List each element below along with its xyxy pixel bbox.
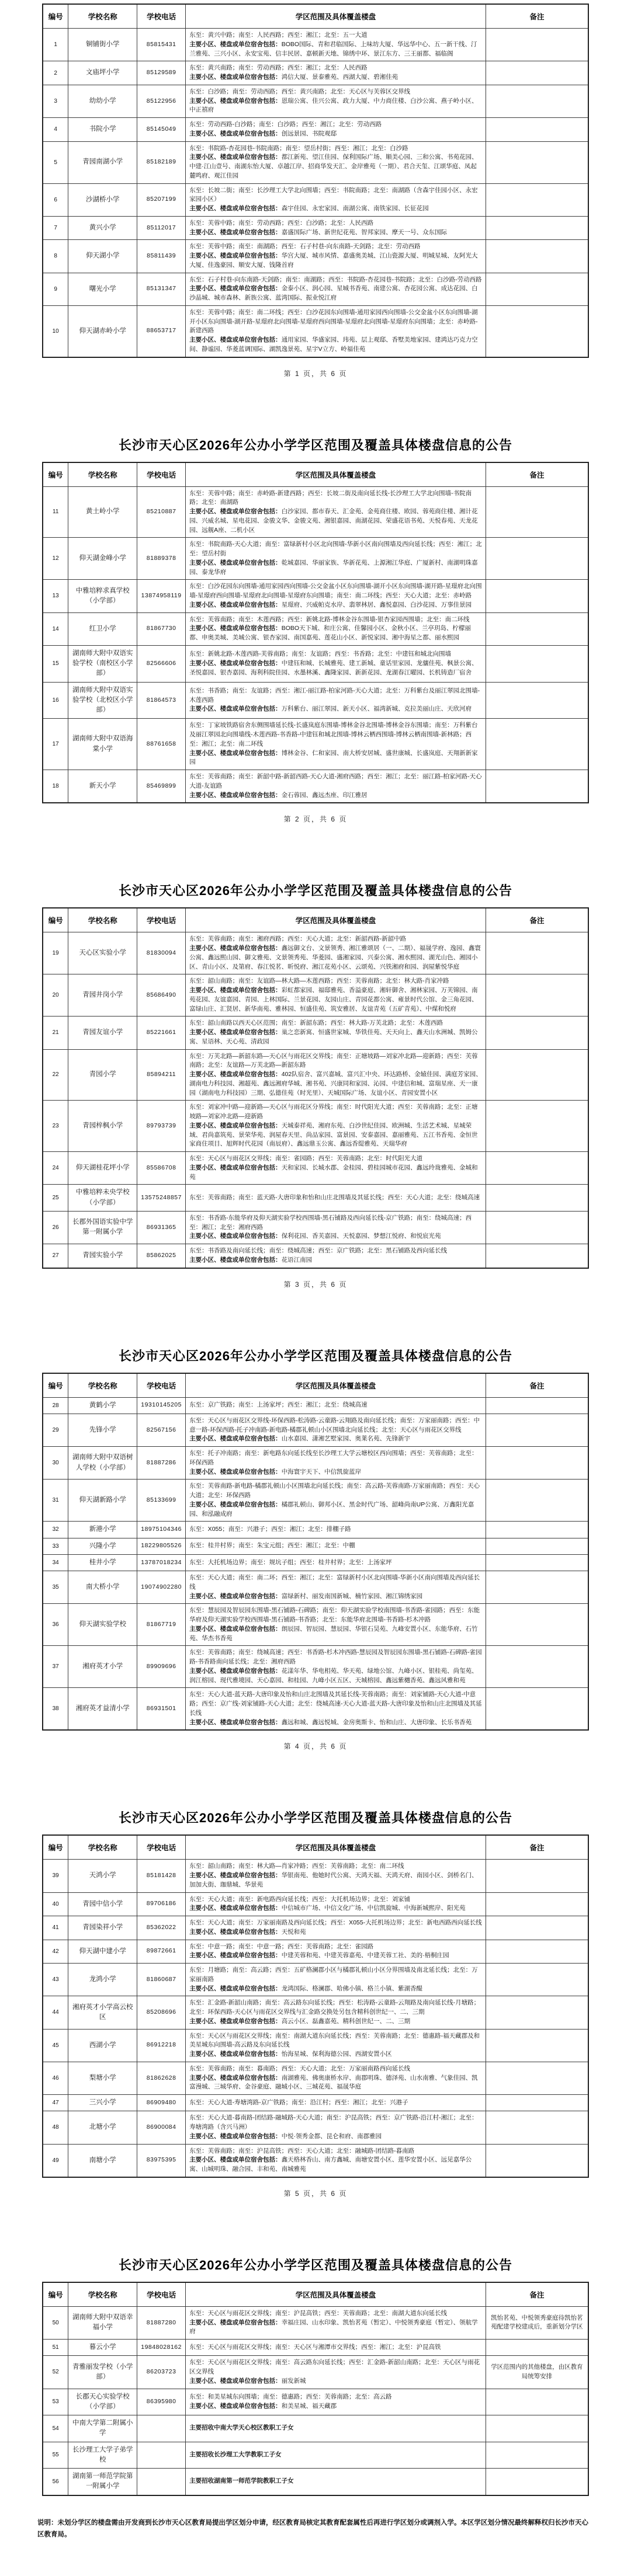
district-range-cell: 主要招收长沙理工大学教职工子女 — [186, 2442, 486, 2469]
school-phone-cell: 86931365 — [137, 1211, 186, 1244]
boundary-text: 东至：万芙北路—新韶东路—天心区与雨花区交界线；南至：正塘坡路—刘家冲北路—迎新… — [189, 1052, 482, 1071]
page-title: 长沙市天心区2026年公办小学学区范围及覆盖具体楼盘信息的公告 — [0, 1808, 631, 1826]
district-range-cell: 东至：天心区与雨花区交界线；南至：高云路东向延长线；西至：汇金路-新韶山南路；北… — [186, 2356, 486, 2389]
row-number-cell: 21 — [43, 1017, 68, 1049]
estates-list: 鑫远和城、鑫远悦城、金房奥斯卡、怡和山庄、大唐印象、长乐书香苑 — [282, 1719, 472, 1726]
district-range-cell: 东至：白沙路；南至：劳动西路；西至：黄兴南路；北至：天心区与芙蓉区交界线主要小区… — [186, 85, 486, 117]
remark-cell — [486, 1185, 588, 1212]
estates-text: 主要小区、楼盘或单位宿舍包括：中建钰和城、长城雅苑、建工新城、童话里家园、龙骧佳… — [189, 659, 482, 678]
estates-text: 主要小区、楼盘或单位宿舍包括：402队宿舍、富兴嘉城、富兴汇中央、环达路桥、金辕… — [189, 1070, 482, 1098]
row-number-cell: 10 — [43, 305, 68, 357]
school-phone-cell: 88761658 — [137, 719, 186, 770]
row-number-cell: 41 — [43, 1916, 68, 1940]
estates-list: 森宇佳园、永宏家园、南湖公寓、南铁家园、长征花园 — [282, 205, 429, 212]
row-number-cell: 27 — [43, 1244, 68, 1268]
estates-text: 主要小区、楼盘或单位宿舍包括：高云小区、磊鑫嘉苑、精科创世纪一、二、三期 — [189, 2017, 482, 2027]
table-row: 5青园南湖小学85182189东至：书院路-杏花园巷-书院南路；南至：望岳村街；… — [43, 141, 588, 183]
table-row: 50湖南师大附中双语幸福小学81887280东至：天心区与雨花区交界线；南至：沪… — [43, 2306, 588, 2339]
school-name-cell: 仰天湖小学 — [68, 240, 137, 273]
column-header: 编号 — [43, 1835, 68, 1860]
estates-list: 中信城市广场、中信文化广场、中信凯旋城、中海新城熙岸、阳光苑 — [282, 1905, 466, 1912]
school-phone-cell: 85815431 — [137, 29, 186, 61]
district-range-cell: 东至：月塘路；南至：高云路；西至：五矿格澜郡小区与橘郡礼顿山小区分界围墙及南北延… — [186, 1964, 486, 1996]
table-row: 29先锋小学82567156东至：天心区与雨花区交界线-环保西路-松涛路-云童路… — [43, 1414, 588, 1446]
row-number-cell: 50 — [43, 2306, 68, 2339]
school-phone-cell: 85122956 — [137, 85, 186, 117]
estates-label: 主要小区、楼盘或单位宿舍包括： — [189, 1468, 282, 1475]
row-number-cell: 35 — [43, 1571, 68, 1604]
column-header: 编号 — [43, 908, 68, 932]
column-header: 备注 — [486, 1373, 588, 1398]
estates-list: 中建芙蓉和苑、中建芙蓉嘉苑、中建芙蓉工社、美的·梧桐庄园 — [282, 1952, 449, 1959]
district-range-cell: 东至：天心大道-寿塘湾路-京广铁路；南至：沿江村；西至：湘江；北至：兴港子 — [186, 2095, 486, 2111]
estates-list: 花语江南园 — [282, 1256, 313, 1263]
district-range-cell: 东至：新姚北路-木莲西路-芙蓉南路；南至：友谊路；西至：书香路；北至：中建钰和城… — [186, 645, 486, 682]
school-name-cell: 青园实验小学 — [68, 1244, 137, 1268]
school-name-cell: 幼幼小学 — [68, 85, 137, 117]
row-number-cell: 53 — [43, 2389, 68, 2415]
boundary-text: 东至：芙蓉中路；南至：劳动西路；西至：白沙路；北至：人民西路 — [189, 219, 482, 228]
school-name-cell: 青园友谊小学 — [68, 1017, 137, 1049]
table-row: 7黄兴小学85112017东至：芙蓉中路；南至：劳动西路；西至：白沙路；北至：人… — [43, 216, 588, 240]
boundary-text: 东至：天心区与雨花区交界线；南至：沪昆高铁；西至：芙蓉南路；北至：南湖大道东向延… — [189, 2309, 482, 2319]
remark-cell — [486, 1538, 588, 1554]
district-range-cell: 东至：芙蓉南路；南至：绕城高速；西至：书香路-杉木冲西路-慧辰园及智辰园东围墙-… — [186, 1646, 486, 1688]
boundary-text: 东至：黄兴南路；南至：劳动西路；西至：湘江；北至：人民西路 — [189, 64, 482, 73]
school-phone-cell: 82567156 — [137, 1414, 186, 1446]
column-header: 学校电话 — [137, 1373, 186, 1398]
school-district-table: 编号学校名称学校电话学区范围及具体覆盖楼盘备注 19天心区实验小学8183009… — [42, 907, 589, 1268]
estates-text: 主要小区、楼盘或单位宿舍包括：嘉盛国际广场、新世纪花苑、智邦家园、摩天一号、众东… — [189, 228, 482, 238]
school-phone-cell: 13874958119 — [137, 580, 186, 612]
estates-label: 主要小区、楼盘或单位宿舍包括： — [189, 2156, 282, 2163]
estates-text: 主要小区、楼盘或单位宿舍包括：博林金谷、仁和家园、南大桥安居城、盛世康城、长盛岚… — [189, 749, 482, 768]
remark-cell — [486, 932, 588, 974]
table-row: 1铜铺街小学85815431东至：黄兴中路；南至：人民西路；西至：湘江；北至：五… — [43, 29, 588, 61]
school-name-cell: 北塘小学 — [68, 2111, 137, 2144]
school-phone-cell — [137, 2469, 186, 2495]
column-header: 学区范围及具体覆盖楼盘 — [186, 2282, 486, 2307]
table-row: 48北塘小学86900084东至：天心大道-暮南路-团结路-融城路-天心大道；南… — [43, 2111, 588, 2144]
table-row: 24仰天湖桂花坪小学85586708东至：天心区与雨花区交界线；南至：雀园路；西… — [43, 1152, 588, 1185]
district-range-cell: 东至：韶山南路；南至：友谊路—林大路—木莲西路；西至：芙蓉南路；北至：林大路-肖… — [186, 974, 486, 1017]
estates-list: 嘉盛国际广场、新世纪花苑、智邦家园、摩天一号、众东国际 — [282, 229, 448, 236]
estates-text: 主要小区、楼盘或单位宿舍包括：彩虹都家园、福邸雅苑、香溢豪庭、湘轩御舍、湘林家园… — [189, 986, 482, 1014]
estates-text: 主要小区、楼盘或单位宿舍包括：朗辰园、智辰园、慧辰园、华银石昊苑、九峰安置小区、… — [189, 1625, 482, 1644]
row-number-cell: 42 — [43, 1940, 68, 1964]
table-header-row: 编号学校名称学校电话学区范围及具体覆盖楼盘备注 — [43, 4, 588, 29]
table-row: 21青园友谊小学85221661东至：韶山南路以西天心区范围；南至：新韶东路；西… — [43, 1017, 588, 1049]
school-phone-cell: 81887280 — [137, 2306, 186, 2339]
school-name-cell: 湖南师大附中双语幸福小学 — [68, 2306, 137, 2339]
boundary-text: 东至：芙蓉南路；南至：新韶中路-新韶西路-天心大道-湘府西路；西至：湘江；北至：… — [189, 772, 482, 791]
school-name-cell: 新港小学 — [68, 1522, 137, 1538]
estates-text: 主要小区、楼盘或单位宿舍包括：金石蓉园、鑫远杰座、印江雅居 — [189, 791, 482, 800]
table-header-row: 编号学校名称学校电话学区范围及具体覆盖楼盘备注 — [43, 1835, 588, 1860]
estates-text: 主要小区、楼盘或单位宿舍包括：富绿新村、丽发南国新城、楠竹家园、湘江锦绣家园 — [189, 1592, 482, 1602]
table-row: 41青园染祥小学85362022东至：天心大道；南至：万家丽南路及西向延长线；西… — [43, 1916, 588, 1940]
school-name-cell: 曙光小学 — [68, 273, 137, 305]
district-range-cell: 东至：中意一路；南至：中意一路；西至：芙蓉南路；北至：雀园路主要小区、楼盘或单位… — [186, 1940, 486, 1964]
estates-label: 主要小区、楼盘或单位宿舍包括： — [189, 1029, 282, 1036]
column-header: 备注 — [486, 4, 588, 29]
boundary-text: 东至：天心区与雨花区交界线；南至：高云路东向延长线；西至：汇金路-新韶山南路；北… — [189, 2358, 482, 2377]
boundary-text: 东至：桂井村界；南至：朱宝元组；西至：湘江；北至：中棚 — [189, 1541, 482, 1551]
row-number-cell: 23 — [43, 1101, 68, 1152]
district-range-cell: 东至：劳动西路-白沙路；南至：白沙路；西至：湘江；北至：劳动西路主要小区、楼盘或… — [186, 118, 486, 142]
school-name-cell: 南塘小学 — [68, 2144, 137, 2177]
estates-label: 主要小区、楼盘或单位宿舍包括： — [189, 252, 282, 259]
row-number-cell: 34 — [43, 1554, 68, 1571]
school-name-cell: 长郡外国语实验中学第一附属小学 — [68, 1211, 137, 1244]
school-phone-cell: 19074902280 — [137, 1571, 186, 1604]
table-row: 20青园井岗小学85686490东至：韶山南路；南至：友谊路—林大路—木莲西路；… — [43, 974, 588, 1017]
estates-label: 主要小区、楼盘或单位宿舍包括： — [189, 1872, 282, 1879]
district-range-cell: 东至：芙蓉南路；南至：湘府西路；西至：天心大道；北至：新韶西路-新韶中路主要小区… — [186, 932, 486, 974]
estates-list: 天悦和苑 — [282, 1928, 306, 1936]
boundary-text: 东至：白沙路；南至：劳动西路；西至：黄兴南路；北至：天心区与芙蓉区交界线 — [189, 88, 482, 97]
table-row: 16湖南师大附中双语实验学校（北校区小学部）81864573东至：书香路；南至：… — [43, 682, 588, 719]
estates-text: 主要小区、楼盘或单位宿舍包括：怡海星城、保利海德公园、西湖安置小区 — [189, 2050, 482, 2059]
row-number-cell: 39 — [43, 1860, 68, 1892]
district-range-cell: 东至：芙蓉南路；南至：木莲西路；西至：新姚北路-博林金谷东围墙-银杏家园西围墙；… — [186, 612, 486, 645]
page-footer: 第 4 页，共 6 页 — [0, 1741, 631, 1751]
table-row: 46梨塘小学81862628东至：芙蓉南路；南至：暮南路；西至：天心大道；北至：… — [43, 2062, 588, 2094]
column-header: 编号 — [43, 1373, 68, 1398]
estates-label: 主要小区、楼盘或单位宿舍包括： — [189, 1668, 282, 1675]
district-range-cell: 东至：丁家坡铁路宿舍东侧围墙延长线-长盛岚庭东围墙-博林金谷北围墙-博林金谷东围… — [186, 719, 486, 770]
row-number-cell: 46 — [43, 2062, 68, 2094]
estates-text: 主要小区、楼盘或单位宿舍包括：天和家园、长城水郡、金桂园、碧桂园城市花园、鑫远玲… — [189, 1164, 482, 1182]
district-range-cell: 东至：芙蓉中路；南至：南湖路；西至：石子村巷-向东南路-天剑路；北至：劳动西路主… — [186, 240, 486, 273]
remark-cell — [486, 1892, 588, 1916]
table-row: 54中南大学第二附属小学主要招收中南大学天心校区教职工子女 — [43, 2415, 588, 2442]
row-number-cell: 28 — [43, 1397, 68, 1414]
boundary-text: 东至：天心大道；南至：万家丽南路及西向延长线；西至：X055-大托机场边界；北至… — [189, 1919, 482, 1928]
estates-label: 主要小区、楼盘或单位宿舍包括： — [189, 205, 282, 212]
row-number-cell: 47 — [43, 2095, 68, 2111]
district-range-cell: 东至：芙蓉南路；南至：沪昆高铁；西至：天心大道；北至：融城路-团结路-暮南路主要… — [186, 2144, 486, 2177]
school-name-cell: 长沙理工大学子弟学校 — [68, 2442, 137, 2469]
table-row: 12仰天湖金峰小学81889378东至：书院南路-天心大道；南至：富绿新村小区北… — [43, 538, 588, 580]
row-number-cell: 52 — [43, 2356, 68, 2389]
table-row: 33兴隆小学18229805526东至：桂井村界；南至：朱宝元组；西至：湘江；北… — [43, 1538, 588, 1554]
school-phone-cell: 18975104346 — [137, 1522, 186, 1538]
boundary-text: 东至：汇金路-新韶山南路；南至：高云路东向延长线；西至：松涛路-云童路-云翔路及… — [189, 1999, 482, 2017]
school-phone-cell: 85362022 — [137, 1916, 186, 1940]
boundary-text: 东至：韶山南路；南至：林大路—肖家冲路；西至：芙蓉南路；北至：南二环线 — [189, 1862, 482, 1871]
estates-label: 主要小区、楼盘或单位宿舍包括： — [189, 945, 282, 952]
school-phone-cell: 89706186 — [137, 1892, 186, 1916]
school-phone-cell: 89793739 — [137, 1101, 186, 1152]
school-phone-cell: 81862628 — [137, 2062, 186, 2094]
estates-text: 主要小区、楼盘或单位宿舍包括：橘郡礼顿山、御邦小区、黑金时代广场、韶峰尚南UP公… — [189, 1501, 482, 1519]
table-row: 27青园实验小学85862025东至：书香路及南向延长线；南至：绕城高速；西至：… — [43, 1244, 588, 1268]
district-range-cell: 东至：天心区与雨花区交界线；南至：天心区与湘潭市交界线；西至：湘江；北至：沪昆高… — [186, 2340, 486, 2356]
estates-text: 主要小区、楼盘或单位宿舍包括：BOBO国际、青和君临国际、上味坊大厦、华远华中心… — [189, 40, 482, 59]
remark-cell — [486, 2029, 588, 2062]
row-number-cell: 2 — [43, 61, 68, 85]
district-range-cell: 东至：芙蓉南路；南至：新韶中路-新韶西路-天心大道-湘府西路；西至：湘江；北至：… — [186, 770, 486, 803]
school-name-cell: 仰天湖新路小学 — [68, 1480, 137, 1522]
school-phone-cell: 81867719 — [137, 1604, 186, 1646]
school-phone-cell: 86931501 — [137, 1688, 186, 1731]
estates-label: 主要小区、楼盘或单位宿舍包括： — [189, 2133, 282, 2140]
column-header: 备注 — [486, 462, 588, 487]
school-name-cell: 梨塘小学 — [68, 2062, 137, 2094]
table-header-row: 编号学校名称学校电话学区范围及具体覆盖楼盘备注 — [43, 1373, 588, 1398]
row-number-cell: 7 — [43, 216, 68, 240]
boundary-text: 东至：新姚北路-木莲西路-芙蓉南路；南至：友谊路；西至：书香路；北至：中建钰和城… — [189, 650, 482, 659]
boundary-text: 东至：韶山南路以西天心区范围；南至：新韶东路；西至：林大路-万芙北路；北至：木莲… — [189, 1019, 482, 1028]
district-range-cell: 东至：黄兴中路；南至：人民西路；西至：湘江；北至：五一大道主要小区、楼盘或单位宿… — [186, 29, 486, 61]
row-number-cell: 54 — [43, 2415, 68, 2442]
remark-cell — [486, 61, 588, 85]
estates-label: 主要小区、楼盘或单位宿舍包括： — [189, 98, 282, 105]
boundary-text: 东至：天心区与雨花区交界线；南至：南湖大道东向延长线；西至：芙蓉南路；北至：德惠… — [189, 2032, 482, 2051]
estates-text: 主要小区、楼盘或单位宿舍包括：华宫大厦、城市风情、嘉盛奥美城、江山瓷源大厦、明城… — [189, 252, 482, 270]
boundary-text: 东至：天心大道；南至：南二环；西至：湘江；北至：富绿新村小区北向围墙-华新小区南… — [189, 1574, 482, 1592]
district-range-cell: 东至：长坡二街；南至：长沙理工大学北向围墙；西至：书院南路；北至：南湖路（含森宇… — [186, 183, 486, 216]
estates-text: 主要小区、楼盘或单位宿舍包括：中信城市广场、中信文化广场、中信凯旋城、中海新城熙… — [189, 1904, 482, 1913]
estates-text: 主要小区、楼盘或单位宿舍包括：鑫远御文台、文景领秀、湘江雅颂居（一、二期）、福晟… — [189, 944, 482, 972]
district-range-cell: 东至：石子村巷-向东南路-天剑路；南至：南湖路；西至：书院路-杏花园巷-书院路；… — [186, 273, 486, 305]
boundary-text: 东至：芙蓉南路；南至：湘府西路；西至：天心大道；北至：新韶西路-新韶中路 — [189, 935, 482, 944]
district-range-cell: 东至：芙蓉南路；南至：蓝天路-大唐印象和怡和山庄北围墙及其延长线；西至：天心大道… — [186, 1185, 486, 1212]
table-row: 30湖南师大附中双语树人学校（小学部）81887286东至：托子冲南路；南至：新… — [43, 1447, 588, 1480]
boundary-text: 东至：芙蓉南路；南至：蓝天路-大唐印象和怡和山庄北围墙及其延长线；西至：天心大道… — [189, 1193, 482, 1203]
row-number-cell: 18 — [43, 770, 68, 803]
remark-cell — [486, 216, 588, 240]
row-number-cell: 33 — [43, 1538, 68, 1554]
row-number-cell: 4 — [43, 118, 68, 142]
estates-text: 主要小区、楼盘或单位宿舍包括：金泰小区、润心园、星城书香苑、南建公寓、杏花园公寓… — [189, 284, 482, 303]
estates-list: 创远景园、书院观邸 — [282, 130, 337, 137]
boundary-text: 东至：和美星城东向围墙；南至：德惠路；西至：芙蓉南路；北至：高云路 — [189, 2393, 482, 2402]
remark-cell — [486, 1152, 588, 1185]
school-name-cell: 中南大学第二附属小学 — [68, 2415, 137, 2442]
school-district-table: 编号学校名称学校电话学区范围及具体覆盖楼盘备注 11黄土岭小学85210887东… — [42, 462, 589, 804]
row-number-cell: 6 — [43, 183, 68, 216]
school-name-cell: 桂井小学 — [68, 1554, 137, 1571]
school-phone-cell: 85182189 — [137, 141, 186, 183]
table-row: 14红卫小学81867730东至：芙蓉南路；南至：木莲西路；西至：新姚北路-博林… — [43, 612, 588, 645]
school-name-cell: 三兴小学 — [68, 2095, 137, 2111]
page-title: 长沙市天心区2026年公办小学学区范围及覆盖具体楼盘信息的公告 — [0, 881, 631, 899]
estates-list: 龙鸿国际、格澜郡、哈佛小镇、格兰小镇、紫湖香醍 — [282, 1985, 423, 1992]
table-row: 42仰天湖中建小学89872661东至：中意一路；南至：中意一路；西至：芙蓉南路… — [43, 1940, 588, 1964]
page-footer: 第 3 页，共 6 页 — [0, 1279, 631, 1289]
estates-text: 主要小区、楼盘或单位宿舍包括：和美星城、福天藏郡 — [189, 2402, 482, 2411]
table-header-row: 编号学校名称学校电话学区范围及具体覆盖楼盘备注 — [43, 908, 588, 932]
boundary-text: 东至：书院路-杏花园巷-书院南路；南至：望岳村街；西至：湘江；北至：白沙路 — [189, 144, 482, 154]
boundary-text: 东至：芙蓉中路；南至：南二环线；西至：白沙花园东向围墙-通用家园西向围墙-公交金… — [189, 308, 482, 336]
column-header: 学区范围及具体覆盖楼盘 — [186, 1835, 486, 1860]
announcement-document: 长沙市天心区2026年公办小学学区范围及覆盖具体楼盘信息的公告 编号学校名称学校… — [0, 0, 631, 2541]
district-range-cell: 东至：书香路；南至：友谊路；西至：湘江-丽江路-柏家河路-天心大道；北至：万科紫… — [186, 682, 486, 719]
district-range-cell: 东至：天心区与雨花区交界线；南至：南湖大道东向延长线；西至：芙蓉南路；北至：德惠… — [186, 2029, 486, 2062]
column-header: 学校电话 — [137, 4, 186, 29]
estates-text: 主要小区、楼盘或单位宿舍包括：保利花园、香芙嘉园、天悦嘉园、梦想江悦府、和悦宸光… — [189, 1232, 482, 1241]
table-row: 4书院小学85145049东至：劳动西路-白沙路；南至：白沙路；西至：湘江；北至… — [43, 118, 588, 142]
boundary-text: 东至：长坡二街；南至：长沙理工大学北向围墙；西至：书院南路；北至：南湖路（含森宇… — [189, 186, 482, 205]
explanatory-note: 说明：未划分学区的楼盘需由开发商到长沙市天心区教育局提出学区划分申请，经区教育局… — [37, 2517, 594, 2541]
school-name-cell: 长郡天心实验学校（小学部） — [68, 2389, 137, 2415]
remark-cell — [486, 719, 588, 770]
district-range-cell: 东至：京广铁路；南至：上汤家坪；西至：湘江；北至：绕城高速 — [186, 1397, 486, 1414]
estates-list: 富绿新村、丽发南国新城、楠竹家园、湘江锦绣家园 — [282, 1593, 423, 1600]
boundary-text: 东至：天心大道-寿塘湾路-京广铁路；南至：沿江村；西至：湘江；北至：兴港子 — [189, 2098, 482, 2108]
column-header: 学校电话 — [137, 462, 186, 487]
row-number-cell: 31 — [43, 1480, 68, 1522]
school-name-cell: 湖南师大附中双语实验学校（南校区小学部） — [68, 645, 137, 682]
table-row: 40青园中信小学89706186东至：天心大道；南至：新电路西向延长线；西至：大… — [43, 1892, 588, 1916]
estates-label: 主要小区、楼盘或单位宿舍包括： — [189, 705, 282, 712]
school-phone-cell: 85586708 — [137, 1152, 186, 1185]
remark-cell: 凯怡茗苑、中悦领秀豪庭待凯怡茗苑配建学校建成后，重新划分学区 — [486, 2306, 588, 2339]
estates-text: 主要小区、楼盘或单位宿舍包括：乾城嘉园、华丽家族、华新花苑、上源湘江华庭、广厦新… — [189, 559, 482, 577]
estates-label: 主要小区、楼盘或单位宿舍包括： — [189, 2018, 282, 2025]
boundary-text: 东至：芙蓉南路；南至：绕城高速；西至：书香路-杉木冲西路-慧辰园及智辰园东围墙-… — [189, 1648, 482, 1667]
boundary-text: 东至：芙蓉南路-新电路-橘郡礼顿山小区围墙北向延长线；南至：高云路-芙蓉南路-万… — [189, 1482, 482, 1501]
table-row: 11黄土岭小学85210887东至：芙蓉中路；南至：赤岭路-新建西路；西至：长坡… — [43, 486, 588, 538]
table-row: 43龙鸿小学81860687东至：月塘路；南至：高云路；西至：五矿格澜郡小区与橘… — [43, 1964, 588, 1996]
boundary-text: 东至：白沙花园东向围墙-通用家园西向围墙-公交金盆小区东向围墙-湖开小区东向围墙… — [189, 582, 482, 601]
table-row: 22青园小学85894211东至：万芙北路—新韶东路—天心区与雨花区交界线；南至… — [43, 1049, 588, 1101]
table-row: 2文庙坪小学85129589东至：黄兴南路；南至：劳动西路；西至：湘江；北至：人… — [43, 61, 588, 85]
boundary-text: 东至：X055；南至：兴港子；西至：湘江；北至：排棚子路 — [189, 1525, 482, 1534]
school-phone-cell: 85181428 — [137, 1860, 186, 1892]
remark-cell — [486, 2389, 588, 2415]
school-phone-cell: 85221661 — [137, 1017, 186, 1049]
district-range-cell: 东至：天心区与雨花区交界线；南至：雀园路；西至：芙蓉南路；北至：时代阳光大道主要… — [186, 1152, 486, 1185]
row-number-cell: 3 — [43, 85, 68, 117]
estates-text: 主要小区、楼盘或单位宿舍包括：南湖雅苑、佛奥康桥水岸、南郡明珠、德泽苑、山水南雅… — [189, 2074, 482, 2093]
row-number-cell: 17 — [43, 719, 68, 770]
table-row: 53长郡天心实验学校（小学部）86395980东至：和美星城东向围墙；南至：德惠… — [43, 2389, 588, 2415]
school-name-cell: 书院小学 — [68, 118, 137, 142]
row-number-cell: 25 — [43, 1185, 68, 1212]
remark-cell — [486, 974, 588, 1017]
page: 长沙市天心区2026年公办小学学区范围及覆盖具体楼盘信息的公告 编号学校名称学校… — [0, 1808, 631, 2204]
column-header: 学区范围及具体覆盖楼盘 — [186, 4, 486, 29]
column-header: 学校名称 — [68, 1373, 137, 1398]
school-phone-cell: 86912218 — [137, 2029, 186, 2062]
boundary-text: 东至：书香路-东能华府及仰天湖实验学校西围墙-黑石铺路及西向延长线-京广铁路；南… — [189, 1214, 482, 1233]
district-range-cell: 东至：韶山南路以西天心区范围；南至：新韶东路；西至：林大路-万芙北路；北至：木莲… — [186, 1017, 486, 1049]
row-number-cell: 51 — [43, 2340, 68, 2356]
table-row: 32新港小学18975104346东至：X055；南至：兴港子；西至：湘江；北至… — [43, 1522, 588, 1538]
boundary-text: 东至：韶山南路；南至：友谊路—林大路—木莲西路；西至：芙蓉南路；北至：林大路-肖… — [189, 977, 482, 986]
table-row: 13中雅培粹求真学校（小学部）13874958119东至：白沙花园东向围墙-通用… — [43, 580, 588, 612]
estates-label: 主要小区、楼盘或单位宿舍包括： — [189, 750, 282, 757]
estates-label: 主要小区、楼盘或单位宿舍包括： — [189, 1256, 282, 1263]
estates-text: 主要小区、楼盘或单位宿舍包括：花漾年华、华电相苑、华天苑、绿地公馆、九峰小区、银… — [189, 1667, 482, 1686]
school-phone-cell: 86900084 — [137, 2111, 186, 2144]
school-name-cell: 青园南湖小学 — [68, 141, 137, 183]
estates-label: 主要小区、楼盘或单位宿舍包括： — [189, 660, 282, 667]
table-row: 10仰天湖赤岭小学88653717东至：芙蓉中路；南至：南二环线；西至：白沙花园… — [43, 305, 588, 357]
remark-cell — [486, 240, 588, 273]
page-title: 长沙市天心区2026年公办小学学区范围及覆盖具体楼盘信息的公告 — [0, 1346, 631, 1364]
school-name-cell: 兴隆小学 — [68, 1538, 137, 1554]
school-name-cell: 青雅丽发学校（小学部） — [68, 2356, 137, 2389]
remark-cell — [486, 1571, 588, 1604]
remark-cell — [486, 85, 588, 117]
school-phone-cell: 85133699 — [137, 1480, 186, 1522]
boundary-text: 东至：中意一路；南至：中意一路；西至：芙蓉南路；北至：雀园路 — [189, 1943, 482, 1952]
school-name-cell: 湘府英才小学 — [68, 1646, 137, 1688]
school-phone-cell: 81864573 — [137, 682, 186, 719]
row-number-cell: 32 — [43, 1522, 68, 1538]
remark-cell — [486, 183, 588, 216]
row-number-cell: 12 — [43, 538, 68, 580]
district-range-cell: 东至：天心区与雨花区交界线-环保西路-松涛路-云童路-云翔路及南向延长线；南至：… — [186, 1414, 486, 1446]
boundary-text: 东至：黄兴中路；南至：人民西路；西至：湘江；北至：五一大道 — [189, 31, 482, 40]
table-row: 18新天小学85469899东至：芙蓉南路；南至：新韶中路-新韶西路-天心大道-… — [43, 770, 588, 803]
row-number-cell: 37 — [43, 1646, 68, 1688]
remark-cell — [486, 682, 588, 719]
boundary-text: 东至：大托机场边界；南至：规坑子组；西至：桂井村界；北至：上汤家坪 — [189, 1558, 482, 1568]
remark-cell — [486, 2469, 588, 2495]
estates-label: 主要小区、楼盘或单位宿舍包括： — [189, 285, 282, 292]
remark-cell — [486, 1049, 588, 1101]
boundary-text: 东至：慧辰园及智辰园东围墙-黑石铺路-石碑路；南至：仰天湖实验学校南围墙-书香路… — [189, 1606, 482, 1625]
district-range-cell: 东至：和美星城东向围墙；南至：德惠路；西至：芙蓉南路；北至：高云路主要小区、楼盘… — [186, 2389, 486, 2415]
remark-cell — [486, 1017, 588, 1049]
school-phone-cell: 81889378 — [137, 538, 186, 580]
district-range-cell: 东至：书院南路-天心大道；南至：富绿新村小区北向围墙-华新小区南向围墙及西向延长… — [186, 538, 486, 580]
row-number-cell: 9 — [43, 273, 68, 305]
estates-text: 主要小区、楼盘或单位宿舍包括：通用家园、华盛家园、玮苑、层上观邸、香墅美地家园、… — [189, 336, 482, 354]
boundary-text: 东至：月塘路；南至：高云路；西至：五矿格澜郡小区与橘郡礼顿山小区分界围墙及南北延… — [189, 1966, 482, 1985]
boundary-text: 东至：劳动西路-白沙路；南至：白沙路；西至：湘江；北至：劳动西路 — [189, 120, 482, 130]
table-row: 39天鸿小学85181428东至：韶山南路；南至：林大路—肖家冲路；西至：芙蓉南… — [43, 1860, 588, 1892]
district-range-cell: 东至：芙蓉南路-新电路-橘郡礼顿山小区围墙北向延长线；南至：高云路-芙蓉南路-万… — [186, 1480, 486, 1522]
estates-text: 主要小区、楼盘或单位宿舍包括：华银南苑、他她时代公寓、天鸿天福、天鸿天府、南园小… — [189, 1871, 482, 1890]
table-row: 56湖南第一师范学院第一附属小学主要招收湖南第一师范学院教职工子女 — [43, 2469, 588, 2495]
school-phone-cell: 85131347 — [137, 273, 186, 305]
remark-cell — [486, 1646, 588, 1688]
estates-text: 主要小区、楼盘或单位宿舍包括：中悦·领秀金都、昆仑和府、南郡雅园 — [189, 2132, 482, 2142]
remark-cell — [486, 2442, 588, 2469]
estates-text: 主要小区、楼盘或单位宿舍包括：白沙家园、都市春天、汇金苑、金苑商住楼、欧园、蓉苑… — [189, 507, 482, 535]
remark-cell — [486, 118, 588, 142]
estates-label: 主要小区、楼盘或单位宿舍包括： — [189, 1071, 282, 1078]
table-row: 34桂井小学13787018234东至：大托机场边界；南至：规坑子组；西至：桂井… — [43, 1554, 588, 1571]
school-phone-cell: 18229805526 — [137, 1538, 186, 1554]
school-name-cell: 湖南第一师范学院第一附属小学 — [68, 2469, 137, 2495]
estates-list: 中悦·领秀金都、昆仑和府、南郡雅园 — [282, 2133, 382, 2140]
school-phone-cell: 86395980 — [137, 2389, 186, 2415]
school-phone-cell: 88653717 — [137, 305, 186, 357]
school-name-cell: 湘府英才益清小学 — [68, 1688, 137, 1731]
row-number-cell: 55 — [43, 2442, 68, 2469]
district-range-cell: 东至：芙蓉中路；南至：赤岭路-新建西路；西至：长坡二街及南向延长线-长沙理工大学… — [186, 486, 486, 538]
estates-label: 主要小区、楼盘或单位宿舍包括： — [189, 792, 282, 799]
page: 长沙市天心区2026年公办小学学区范围及覆盖具体楼盘信息的公告 编号学校名称学校… — [0, 1346, 631, 1757]
estates-text: 主要小区、楼盘或单位宿舍包括：龙鸿国际、格澜郡、哈佛小镇、格兰小镇、紫湖香醍 — [189, 1985, 482, 1994]
boundary-text: 东至：书香路；南至：友谊路；西至：湘江-丽江路-柏家河路-天心大道；北至：万科紫… — [189, 687, 482, 705]
estates-label: 主要小区、楼盘或单位宿舍包括： — [189, 559, 282, 566]
district-range-cell: 东至：汇金路-新韶山南路；南至：高云路东向延长线；西至：松涛路-云童路-云翔路及… — [186, 1996, 486, 2029]
table-row: 25中雅培粹未央学校（小学部）13575248857东至：芙蓉南路；南至：蓝天路… — [43, 1185, 588, 1212]
remark-cell — [486, 1916, 588, 1940]
district-range-cell: 东至：芙蓉中路；南至：劳动西路；西至：白沙路；北至：人民西路主要小区、楼盘或单位… — [186, 216, 486, 240]
school-phone-cell: 85208696 — [137, 1996, 186, 2029]
table-row: 47三兴小学86909480东至：天心大道-寿塘湾路-京广铁路；南至：沿江村；西… — [43, 2095, 588, 2111]
remark-cell — [486, 2415, 588, 2442]
